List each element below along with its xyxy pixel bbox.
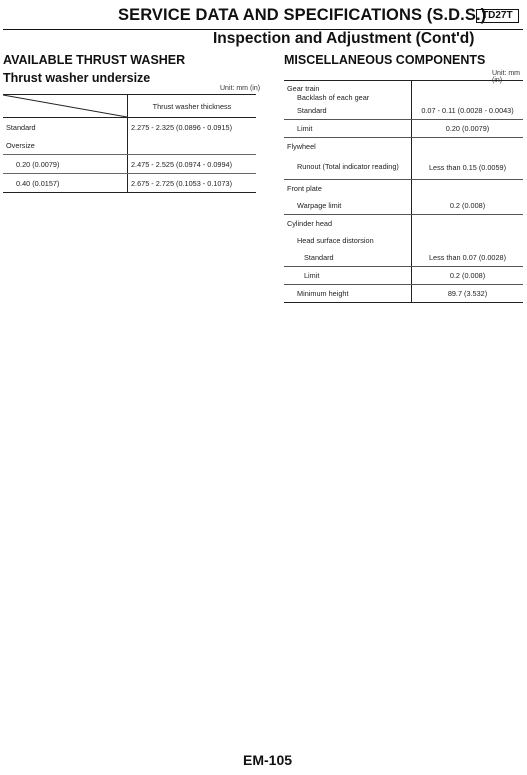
table-row: Limit 0.2 (0.008)	[284, 267, 523, 285]
row-label: Oversize	[3, 136, 128, 155]
row-label: 0.20 (0.0079)	[3, 155, 128, 174]
row-value: 2.275 - 2.325 (0.0896 - 0.0915)	[128, 118, 257, 137]
table-header-row: Thrust washer thickness	[3, 95, 256, 118]
thrust-washer-subtitle: Thrust washer undersize	[3, 71, 150, 85]
table-row: Standard 2.275 - 2.325 (0.0896 - 0.0915)	[3, 118, 256, 137]
misc-section-title: MISCELLANEOUS COMPONENTS	[284, 53, 485, 67]
page-subtitle: Inspection and Adjustment (Cont'd)	[213, 30, 474, 48]
engine-model-badge: TD27T	[476, 9, 519, 23]
row-label: Warpage limit	[284, 197, 412, 215]
row-value: 2.475 - 2.525 (0.0974 - 0.0994)	[128, 155, 257, 174]
table-row: Limit 0.20 (0.0079)	[284, 120, 523, 138]
row-value: 2.675 - 2.725 (0.1053 - 0.1073)	[128, 174, 257, 193]
table-row: Flywheel	[284, 138, 523, 156]
row-value: 0.07 - 0.11 (0.0028 - 0.0043)	[412, 102, 524, 120]
table-row: 0.20 (0.0079) 2.475 - 2.525 (0.0974 - 0.…	[3, 155, 256, 174]
row-value: Less than 0.15 (0.0059)	[412, 155, 524, 180]
page-number: EM-105	[243, 752, 292, 768]
sub-label: Backlash of each gear	[287, 93, 408, 102]
row-value	[412, 81, 524, 103]
row-label: Front plate	[284, 180, 412, 198]
row-label: Limit	[284, 120, 412, 138]
table-row: Cylinder head	[284, 215, 523, 233]
row-value	[412, 232, 524, 249]
table-row: Oversize	[3, 136, 256, 155]
row-value	[412, 180, 524, 198]
table-row: Warpage limit 0.2 (0.008)	[284, 197, 523, 215]
thrust-washer-unit: Unit: mm (in)	[220, 85, 260, 92]
row-label: Head surface distorsion	[284, 232, 412, 249]
table-row: Runout (Total indicator reading) Less th…	[284, 155, 523, 180]
table-row: Minimum height 89.7 (3.532)	[284, 285, 523, 303]
page-header-title: SERVICE DATA AND SPECIFICATIONS (S.D.S.)	[118, 6, 486, 25]
row-label: Flywheel	[284, 138, 412, 156]
table-row: Gear train Backlash of each gear	[284, 81, 523, 103]
row-value	[412, 215, 524, 233]
table-row: Standard Less than 0.07 (0.0028)	[284, 249, 523, 267]
group-label: Gear train	[287, 84, 408, 93]
table-row: 0.40 (0.0157) 2.675 - 2.725 (0.1053 - 0.…	[3, 174, 256, 193]
row-label: Standard	[284, 102, 412, 120]
row-value: 0.20 (0.0079)	[412, 120, 524, 138]
row-value: Less than 0.07 (0.0028)	[412, 249, 524, 267]
table-row: Head surface distorsion	[284, 232, 523, 249]
row-value: 0.2 (0.008)	[412, 267, 524, 285]
table-row: Front plate	[284, 180, 523, 198]
row-label: Runout (Total indicator reading)	[284, 155, 412, 180]
row-label: Gear train Backlash of each gear	[284, 81, 412, 103]
thrust-washer-section-title: AVAILABLE THRUST WASHER	[3, 53, 185, 67]
row-value	[128, 136, 257, 155]
row-label: Standard	[284, 249, 412, 267]
misc-components-table: Gear train Backlash of each gear Standar…	[284, 80, 523, 303]
row-value	[412, 138, 524, 156]
row-label: Standard	[3, 118, 128, 137]
diagonal-line	[3, 95, 127, 117]
row-value: 89.7 (3.532)	[412, 285, 524, 303]
row-label: Limit	[284, 267, 412, 285]
diagonal-header-cell	[3, 95, 128, 118]
thickness-column-header: Thrust washer thickness	[128, 95, 257, 118]
thrust-washer-table: Thrust washer thickness Standard 2.275 -…	[3, 94, 256, 193]
row-label: Minimum height	[284, 285, 412, 303]
row-value: 0.2 (0.008)	[412, 197, 524, 215]
row-label: 0.40 (0.0157)	[3, 174, 128, 193]
table-row: Standard 0.07 - 0.11 (0.0028 - 0.0043)	[284, 102, 523, 120]
row-label: Cylinder head	[284, 215, 412, 233]
